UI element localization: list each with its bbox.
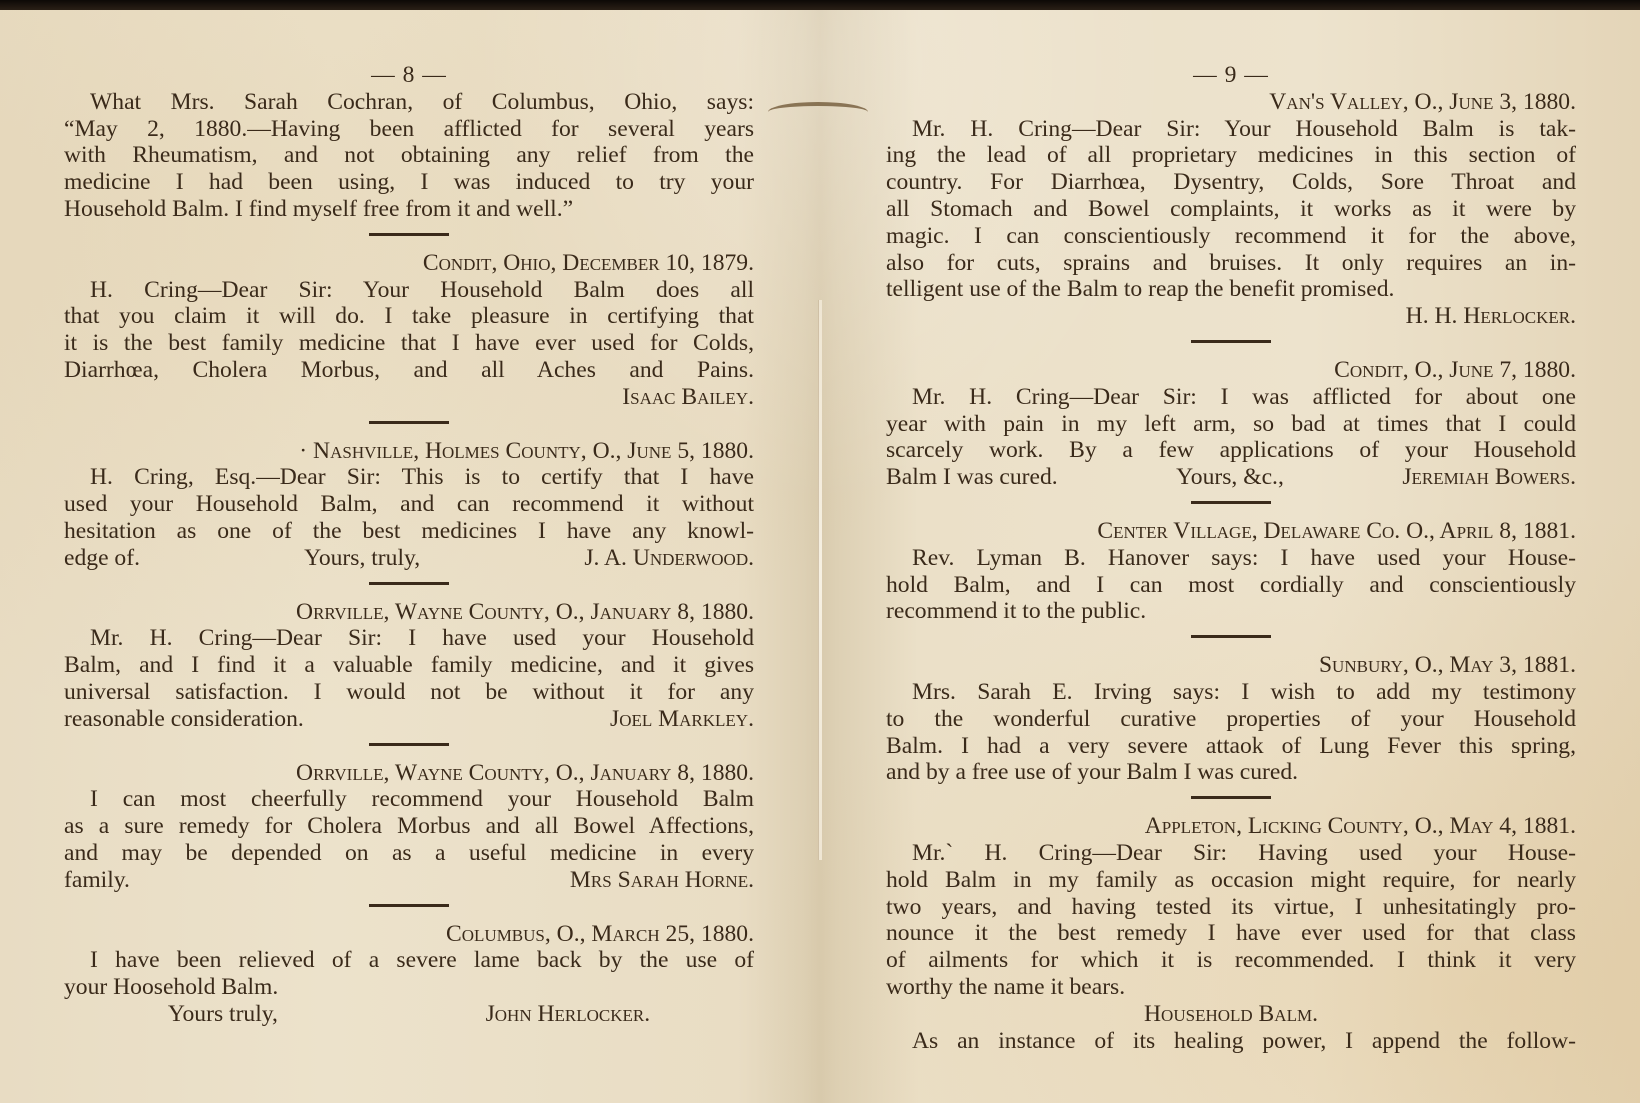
text-line: that you claim it will do. I take pleasu…	[64, 303, 754, 330]
text-fragment: Balm I was cured.	[886, 464, 1058, 491]
text-line: H. Cring, Esq.—Dear Sir: This is to cert…	[64, 464, 754, 491]
text-line: universal satisfaction. I would not be w…	[64, 679, 754, 706]
closing-line: family. Mrs Sarah Horne.	[64, 867, 754, 894]
text-line: it is the best family medicine that I ha…	[64, 330, 754, 357]
text-line: hold Balm in my family as occasion might…	[886, 867, 1576, 894]
right-page: — 9 — Van's Valley, O., June 3, 1880. Mr…	[886, 62, 1576, 1054]
testimonial: · Nashville, Holmes County, O., June 5, …	[64, 438, 754, 572]
closing: Yours truly,	[168, 1001, 278, 1028]
text-line: Mr. H. Cring—Dear Sir: I have used your …	[64, 625, 754, 652]
testimonial: What Mrs. Sarah Cochran, of Columbus, Oh…	[64, 89, 754, 223]
testimonial: Appleton, Licking County, O., May 4, 188…	[886, 813, 1576, 1054]
divider-rule	[1191, 501, 1271, 504]
signature: John Herlocker.	[486, 1001, 651, 1028]
signature: Jeremiah Bowers.	[1402, 464, 1576, 491]
text-line: as a sure remedy for Cholera Morbus and …	[64, 813, 754, 840]
signature: J. A. Underwood.	[584, 545, 754, 572]
scanner-top-edge	[0, 0, 1640, 10]
text-line: worthy the name it bears.	[886, 974, 1576, 1001]
signature: Mrs Sarah Horne.	[570, 867, 754, 894]
text-line: recommend it to the public.	[886, 598, 1576, 625]
text-line: scarcely work. By a few applications of …	[886, 437, 1576, 464]
text-line: all Stomach and Bowel complaints, it wor…	[886, 196, 1576, 223]
divider-rule	[1191, 635, 1271, 638]
dateline: Orrville, Wayne County, O., January 8, 1…	[64, 760, 754, 787]
page-number: — 9 —	[886, 62, 1576, 89]
text-line: also for cuts, sprains and bruises. It o…	[886, 250, 1576, 277]
dateline: Van's Valley, O., June 3, 1880.	[886, 89, 1576, 116]
dateline: Center Village, Delaware Co. O., April 8…	[886, 518, 1576, 545]
closing-line: reasonable consideration. Joel Markley.	[64, 706, 754, 733]
text-line: nounce it the best remedy I have ever us…	[886, 920, 1576, 947]
dateline: Condit, O., June 7, 1880.	[886, 357, 1576, 384]
divider-rule	[369, 743, 449, 746]
dateline: Orrville, Wayne County, O., January 8, 1…	[64, 599, 754, 626]
divider-rule	[369, 421, 449, 424]
divider-rule	[369, 233, 449, 236]
text-line: “May 2, 1880.—Having been afflicted for …	[64, 116, 754, 143]
text-line: to the wonderful curative properties of …	[886, 706, 1576, 733]
testimonial: Columbus, O., March 25, 1880. I have bee…	[64, 921, 754, 1028]
dateline: Sunbury, O., May 3, 1881.	[886, 652, 1576, 679]
text-line: I can most cheerfully recommend your Hou…	[64, 786, 754, 813]
text-line: As an instance of its healing power, I a…	[886, 1028, 1576, 1055]
text-fragment: reasonable consideration.	[64, 706, 304, 733]
text-line: H. Cring—Dear Sir: Your Household Balm d…	[64, 277, 754, 304]
dateline: · Nashville, Holmes County, O., June 5, …	[64, 438, 754, 465]
text-line: Mr. H. Cring—Dear Sir: Your Household Ba…	[886, 116, 1576, 143]
text-line: Mr.` H. Cring—Dear Sir: Having used your…	[886, 840, 1576, 867]
left-page: — 8 — What Mrs. Sarah Cochran, of Columb…	[64, 62, 754, 1028]
text-line: Mr. H. Cring—Dear Sir: I was afflicted f…	[886, 384, 1576, 411]
booklet-spread: — 8 — What Mrs. Sarah Cochran, of Columb…	[0, 10, 1640, 1103]
divider-rule	[1191, 340, 1271, 343]
divider-rule	[369, 904, 449, 907]
signature: Isaac Bailey.	[64, 384, 754, 411]
text-line: and may be depended on as a useful medic…	[64, 840, 754, 867]
text-line: hesitation as one of the best medicines …	[64, 518, 754, 545]
text-line: used your Household Balm, and can recomm…	[64, 491, 754, 518]
testimonial: Center Village, Delaware Co. O., April 8…	[886, 518, 1576, 625]
text-line: country. For Diarrhœa, Dysentry, Colds, …	[886, 169, 1576, 196]
divider-rule	[1191, 796, 1271, 799]
section-heading: Household Balm.	[886, 1001, 1576, 1028]
text-line: and by a free use of your Balm I was cur…	[886, 759, 1576, 786]
closing-line: edge of. Yours, truly, J. A. Underwood.	[64, 545, 754, 572]
text-line: I have been relieved of a severe lame ba…	[64, 947, 754, 974]
text-line: year with pain in my left arm, so bad at…	[886, 411, 1576, 438]
text-line: with Rheumatism, and not obtaining any r…	[64, 142, 754, 169]
testimonial: Condit, O., June 7, 1880. Mr. H. Cring—D…	[886, 357, 1576, 491]
text-line: your Hoosehold Balm.	[64, 974, 754, 1001]
testimonial: Orrville, Wayne County, O., January 8, 1…	[64, 760, 754, 894]
closing-line: Balm I was cured. Yours, &c., Jeremiah B…	[886, 464, 1576, 491]
text-line: Balm, and I find it a valuable family me…	[64, 652, 754, 679]
closing: Yours, &c.,	[1176, 464, 1284, 491]
testimonial: Sunbury, O., May 3, 1881. Mrs. Sarah E. …	[886, 652, 1576, 786]
signature: Joel Markley.	[610, 706, 754, 733]
dateline: Condit, Ohio, December 10, 1879.	[64, 250, 754, 277]
signature: H. H. Herlocker.	[886, 303, 1576, 330]
testimonial: Condit, Ohio, December 10, 1879. H. Crin…	[64, 250, 754, 411]
dateline: Appleton, Licking County, O., May 4, 188…	[886, 813, 1576, 840]
divider-rule	[369, 582, 449, 585]
text-line: of ailments for which it is recommended.…	[886, 947, 1576, 974]
text-fragment: edge of.	[64, 545, 140, 572]
text-line: hold Balm, and I can most cordially and …	[886, 572, 1576, 599]
testimonial: Orrville, Wayne County, O., January 8, 1…	[64, 599, 754, 733]
text-line: Balm. I had a very severe attaok of Lung…	[886, 733, 1576, 760]
text-line: telligent use of the Balm to reap the be…	[886, 276, 1576, 303]
binding-thread	[818, 300, 822, 860]
text-line: two years, and having tested its virtue,…	[886, 894, 1576, 921]
text-line: Rev. Lyman B. Hanover says: I have used …	[886, 545, 1576, 572]
text-line: Household Balm. I find myself free from …	[64, 196, 754, 223]
closing-line: Yours truly, John Herlocker.	[64, 1001, 754, 1028]
text-line: medicine I had been using, I was induced…	[64, 169, 754, 196]
text-line: What Mrs. Sarah Cochran, of Columbus, Oh…	[64, 89, 754, 116]
closing: Yours, truly,	[304, 545, 420, 572]
text-line: Diarrhœa, Cholera Morbus, and all Aches …	[64, 357, 754, 384]
dateline: Columbus, O., March 25, 1880.	[64, 921, 754, 948]
page-number: — 8 —	[64, 62, 754, 89]
text-line: Mrs. Sarah E. Irving says: I wish to add…	[886, 679, 1576, 706]
testimonial: Van's Valley, O., June 3, 1880. Mr. H. C…	[886, 89, 1576, 330]
text-line: ing the lead of all proprietary medicine…	[886, 142, 1576, 169]
text-fragment: family.	[64, 867, 130, 894]
binding-tear	[768, 102, 868, 122]
text-line: magic. I can conscientiously recommend i…	[886, 223, 1576, 250]
